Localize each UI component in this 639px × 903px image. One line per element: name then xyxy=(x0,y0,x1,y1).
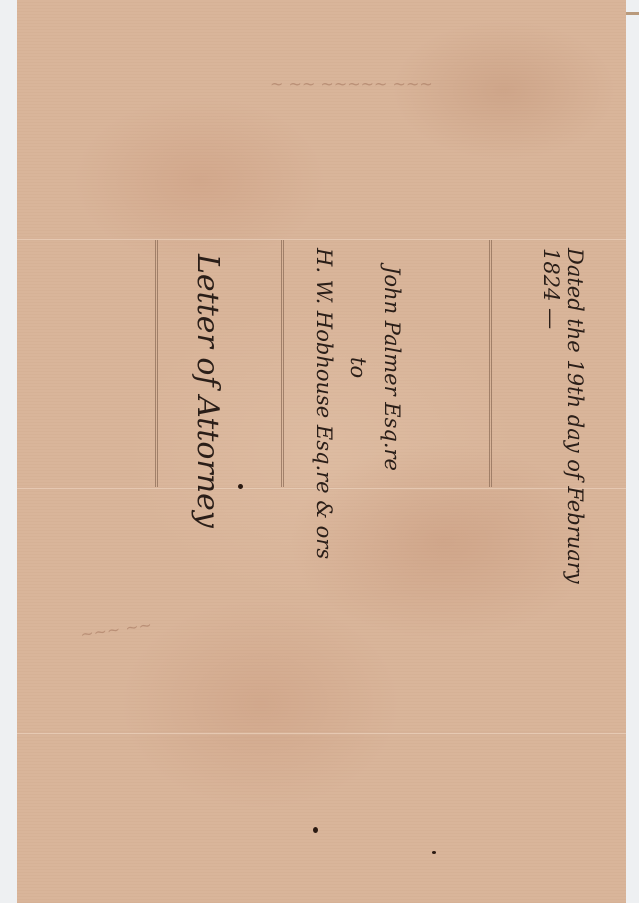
date-line: Dated the 19th day of February xyxy=(563,248,587,584)
party-to: H. W. Hobhouse Esq.re & ors xyxy=(307,248,341,488)
party-connector: to xyxy=(341,248,375,488)
ink-spot xyxy=(313,827,318,833)
ink-spot xyxy=(238,484,243,489)
endorsement-parties: John Palmer Esq.re to H. W. Hobhouse Esq… xyxy=(307,248,409,488)
endorsement-date: Dated the 19th day of February 1824 — xyxy=(539,248,587,584)
ruled-line xyxy=(489,240,492,487)
year-line: 1824 — xyxy=(539,248,563,584)
ruled-line xyxy=(281,240,284,487)
endorsement-panel: Dated the 19th day of February 1824 — Jo… xyxy=(17,240,626,487)
party-from: John Palmer Esq.re xyxy=(375,248,409,488)
show-through-writing: ~~~ ~~~~~ ~~ ~ xyxy=(270,75,433,94)
fold-line xyxy=(17,732,626,735)
paper-tab xyxy=(626,12,639,15)
ruled-line xyxy=(155,240,158,487)
ink-spot xyxy=(432,851,436,854)
document-title: Letter of Attorney xyxy=(187,254,227,528)
